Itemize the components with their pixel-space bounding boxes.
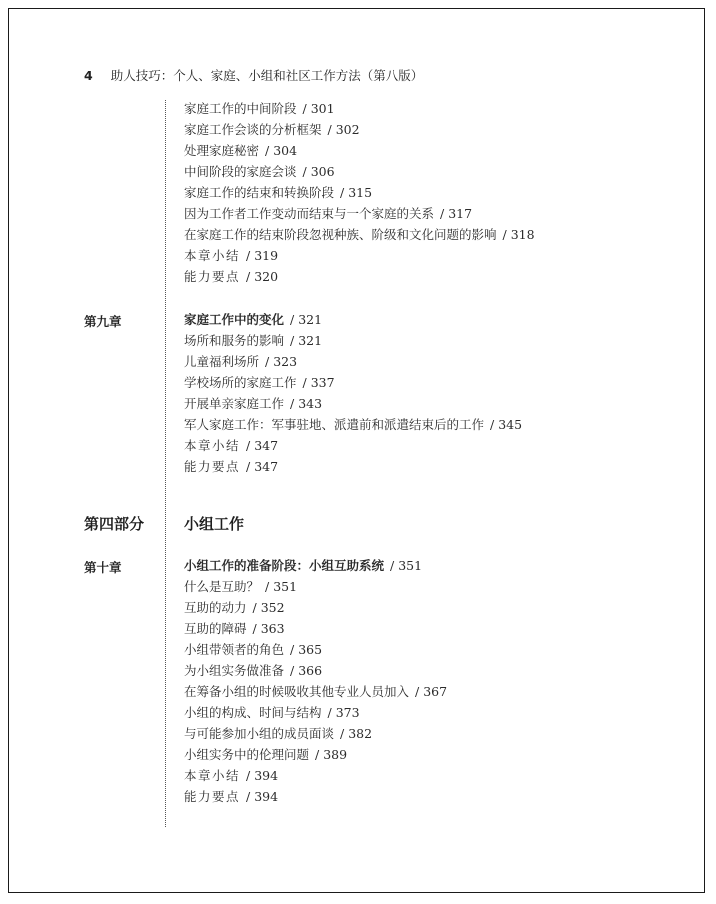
separator: / — [303, 375, 307, 390]
separator: / — [290, 312, 294, 327]
toc-entry[interactable]: 开展单亲家庭工作/ 343 — [184, 396, 322, 412]
entry-page: 347 — [254, 438, 278, 453]
toc-entry[interactable]: 场所和服务的影响/ 321 — [184, 333, 322, 349]
toc-entry[interactable]: 在家庭工作的结束阶段忽视种族、阶级和文化问题的影响/ 318 — [184, 227, 535, 243]
entry-page: 365 — [298, 642, 322, 657]
entry-page: 345 — [498, 417, 522, 432]
toc-entry[interactable]: 家庭工作的结束和转换阶段/ 315 — [184, 185, 372, 201]
entry-page: 304 — [273, 143, 297, 158]
part-4-label: 第四部分 — [84, 513, 144, 534]
entry-title: 军人家庭工作：军事驻地、派遣前和派遣结束后的工作 — [184, 417, 484, 432]
toc-entry[interactable]: 军人家庭工作：军事驻地、派遣前和派遣结束后的工作/ 345 — [184, 417, 522, 433]
entry-title: 在筹备小组的时候吸收其他专业人员加入 — [184, 684, 409, 699]
entry-title: 什么是互助？ — [184, 579, 259, 594]
toc-entry[interactable]: 家庭工作的中间阶段/ 301 — [184, 101, 335, 117]
entry-title: 处理家庭秘密 — [184, 143, 259, 158]
entry-title: 互助的动力 — [184, 600, 247, 615]
toc-entry[interactable]: 什么是互助？/ 351 — [184, 579, 297, 595]
entry-title: 小组实务中的伦理问题 — [184, 747, 309, 762]
toc-entry[interactable]: 因为工作者工作变动而结束与一个家庭的关系/ 317 — [184, 206, 472, 222]
entry-title: 小组带领者的角色 — [184, 642, 284, 657]
separator: / — [253, 600, 257, 615]
entry-page: 363 — [261, 621, 285, 636]
book-title: 助人技巧：个人、家庭、小组和社区工作方法（第八版） — [111, 68, 424, 83]
chapter-9-title[interactable]: 家庭工作中的变化/ 321 — [184, 312, 322, 328]
entry-page: 306 — [311, 164, 335, 179]
toc-entry[interactable]: 处理家庭秘密/ 304 — [184, 143, 297, 159]
entry-page: 366 — [298, 663, 322, 678]
entry-title: 开展单亲家庭工作 — [184, 396, 284, 411]
entry-page: 343 — [298, 396, 322, 411]
entry-title: 本章小结 — [184, 768, 240, 783]
toc-entry[interactable]: 与可能参加小组的成员面谈/ 382 — [184, 726, 372, 742]
toc-entry[interactable]: 中间阶段的家庭会谈/ 306 — [184, 164, 335, 180]
separator: / — [290, 396, 294, 411]
entry-title: 学校场所的家庭工作 — [184, 375, 297, 390]
entry-title: 能力要点 — [184, 459, 240, 474]
separator: / — [490, 417, 494, 432]
entry-page: 337 — [311, 375, 335, 390]
toc-entry-competency[interactable]: 能力要点/ 394 — [184, 789, 278, 805]
toc-entry-summary[interactable]: 本章小结/ 347 — [184, 438, 278, 454]
separator: / — [290, 333, 294, 348]
toc-entry-competency[interactable]: 能力要点/ 347 — [184, 459, 278, 475]
toc-entry-competency[interactable]: 能力要点/ 320 — [184, 269, 278, 285]
separator: / — [303, 164, 307, 179]
entry-page: 301 — [311, 101, 335, 116]
entry-page: 323 — [273, 354, 297, 369]
separator: / — [328, 122, 332, 137]
toc-entry[interactable]: 为小组实务做准备/ 366 — [184, 663, 322, 679]
entry-title: 中间阶段的家庭会谈 — [184, 164, 297, 179]
entry-page: 367 — [423, 684, 447, 699]
separator: / — [265, 143, 269, 158]
separator: / — [328, 705, 332, 720]
toc-entry[interactable]: 在筹备小组的时候吸收其他专业人员加入/ 367 — [184, 684, 447, 700]
toc-entry[interactable]: 小组实务中的伦理问题/ 389 — [184, 747, 347, 763]
entry-title: 家庭工作的结束和转换阶段 — [184, 185, 334, 200]
chapter-10-label: 第十章 — [84, 558, 122, 576]
entry-page: 321 — [298, 333, 322, 348]
separator: / — [246, 768, 250, 783]
entry-title: 本章小结 — [184, 438, 240, 453]
separator: / — [246, 248, 250, 263]
chapter-9-label: 第九章 — [84, 312, 122, 330]
entry-title: 家庭工作的中间阶段 — [184, 101, 297, 116]
entry-title: 与可能参加小组的成员面谈 — [184, 726, 334, 741]
separator: / — [415, 684, 419, 699]
toc-entry[interactable]: 互助的动力/ 352 — [184, 600, 285, 616]
toc-entry-summary[interactable]: 本章小结/ 319 — [184, 248, 278, 264]
entry-page: 394 — [254, 768, 278, 783]
page-frame — [8, 8, 705, 893]
entry-title: 本章小结 — [184, 248, 240, 263]
entry-title: 场所和服务的影响 — [184, 333, 284, 348]
separator: / — [290, 642, 294, 657]
toc-entry[interactable]: 互助的障碍/ 363 — [184, 621, 285, 637]
separator: / — [265, 354, 269, 369]
entry-title: 为小组实务做准备 — [184, 663, 284, 678]
chapter-10-title[interactable]: 小组工作的准备阶段：小组互助系统/ 351 — [184, 558, 422, 574]
separator: / — [315, 747, 319, 762]
part-4-title[interactable]: 小组工作 — [184, 513, 244, 534]
entry-page: 351 — [398, 558, 422, 573]
dotted-divider — [165, 100, 166, 827]
separator: / — [253, 621, 257, 636]
entry-title: 在家庭工作的结束阶段忽视种族、阶级和文化问题的影响 — [184, 227, 497, 242]
page-number: 4 — [84, 68, 93, 83]
entry-page: 389 — [323, 747, 347, 762]
separator: / — [246, 459, 250, 474]
entry-title: 能力要点 — [184, 789, 240, 804]
entry-title: 家庭工作会谈的分析框架 — [184, 122, 322, 137]
entry-title: 互助的障碍 — [184, 621, 247, 636]
separator: / — [246, 269, 250, 284]
running-head: 4 助人技巧：个人、家庭、小组和社区工作方法（第八版） — [84, 66, 423, 84]
separator: / — [303, 101, 307, 116]
entry-title: 小组的构成、时间与结构 — [184, 705, 322, 720]
entry-page: 302 — [336, 122, 360, 137]
toc-entry[interactable]: 小组带领者的角色/ 365 — [184, 642, 322, 658]
entry-title: 儿童福利场所 — [184, 354, 259, 369]
entry-page: 351 — [273, 579, 297, 594]
toc-entry-summary[interactable]: 本章小结/ 394 — [184, 768, 278, 784]
entry-page: 317 — [448, 206, 472, 221]
separator: / — [503, 227, 507, 242]
entry-page: 315 — [348, 185, 372, 200]
toc-entry[interactable]: 学校场所的家庭工作/ 337 — [184, 375, 335, 391]
entry-page: 394 — [254, 789, 278, 804]
entry-title: 能力要点 — [184, 269, 240, 284]
toc-entry[interactable]: 儿童福利场所/ 323 — [184, 354, 297, 370]
separator: / — [340, 726, 344, 741]
entry-page: 319 — [254, 248, 278, 263]
separator: / — [390, 558, 394, 573]
entry-page: 318 — [511, 227, 535, 242]
separator: / — [246, 438, 250, 453]
entry-title: 家庭工作中的变化 — [184, 312, 284, 327]
toc-entry[interactable]: 小组的构成、时间与结构/ 373 — [184, 705, 360, 721]
entry-page: 321 — [298, 312, 322, 327]
toc-entry[interactable]: 家庭工作会谈的分析框架/ 302 — [184, 122, 360, 138]
entry-page: 347 — [254, 459, 278, 474]
separator: / — [340, 185, 344, 200]
entry-page: 382 — [348, 726, 372, 741]
separator: / — [246, 789, 250, 804]
separator: / — [290, 663, 294, 678]
entry-page: 352 — [261, 600, 285, 615]
separator: / — [440, 206, 444, 221]
entry-title: 小组工作的准备阶段：小组互助系统 — [184, 558, 384, 573]
entry-page: 320 — [254, 269, 278, 284]
entry-title: 因为工作者工作变动而结束与一个家庭的关系 — [184, 206, 434, 221]
separator: / — [265, 579, 269, 594]
entry-page: 373 — [336, 705, 360, 720]
